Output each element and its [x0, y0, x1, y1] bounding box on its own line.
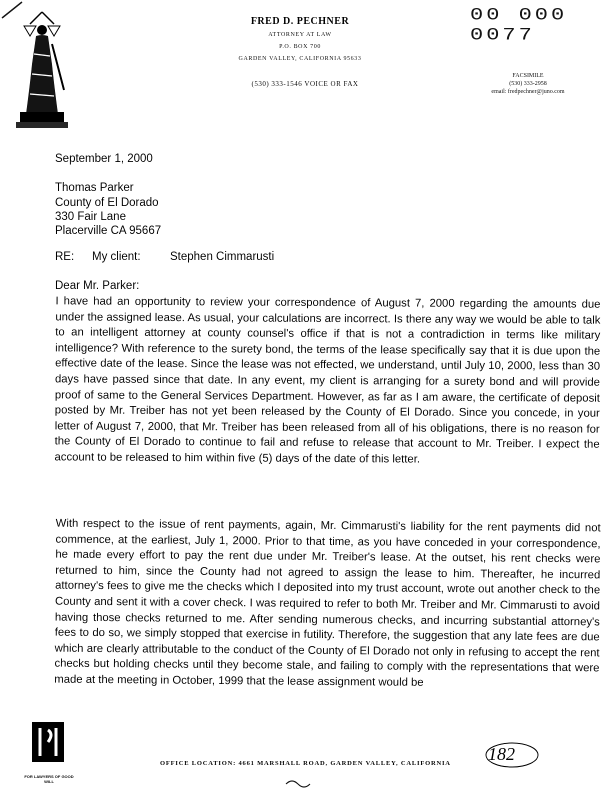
po-box: P.O. BOX 700	[205, 44, 395, 50]
recipient-name: Thomas Parker	[55, 182, 134, 194]
footer-logo-text: FOR LAWYERS OF GOOD WILL	[22, 774, 76, 784]
bates-stamp: 00 000 0077	[470, 5, 612, 45]
re-client-name: Stephen Cimmarusti	[170, 251, 274, 263]
email-line: email: fredpechner@juno.com	[478, 89, 578, 95]
squiggle-mark-icon	[284, 776, 314, 790]
office-location: OFFICE LOCATION: 4661 MARSHALL ROAD, GAR…	[160, 760, 451, 767]
phone-line: (530) 333-1546 VOICE OR FAX	[220, 80, 390, 88]
fax-number: (530) 333-2958	[478, 81, 578, 87]
recipient-org: County of El Dorado	[55, 197, 159, 209]
body-paragraph-2: With respect to the issue of rent paymen…	[54, 517, 600, 693]
lady-justice-logo-icon	[12, 4, 72, 132]
recipient-street: 330 Fair Lane	[55, 211, 126, 223]
re-label: RE:	[55, 251, 74, 263]
city-line: GARDEN VALLEY, CALIFORNIA 95633	[205, 56, 395, 62]
fax-label: FACSIMILE	[478, 73, 578, 79]
attorney-title: ATTORNEY AT LAW	[205, 32, 395, 38]
letter-date: September 1, 2000	[55, 153, 153, 165]
re-client-label: My client:	[92, 251, 141, 263]
recipient-city: Placerville CA 95667	[55, 225, 161, 237]
salutation: Dear Mr. Parker:	[55, 280, 139, 292]
page-number-circle-icon	[482, 740, 542, 770]
body-paragraph-1: I have had an opportunity to review your…	[54, 294, 600, 469]
footer-logo-icon	[30, 720, 66, 770]
attorney-name: FRED D. PECHNER	[205, 16, 395, 27]
